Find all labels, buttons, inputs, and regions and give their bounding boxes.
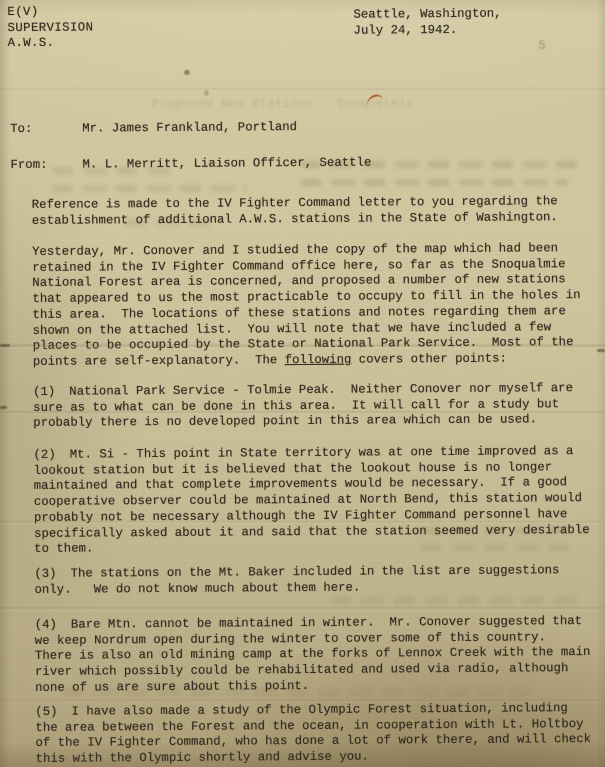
from-row: From:M. L. Merritt, Liaison Officer, Sea… xyxy=(10,156,371,174)
ink-speck xyxy=(204,90,209,96)
from-value: M. L. Merritt, Liaison Officer, Seattle xyxy=(82,156,371,172)
item-text: The stations on the Mt. Baker included i… xyxy=(34,563,567,596)
classification-block: E(V) SUPERVISION A.W.S. xyxy=(7,4,93,51)
to-value: Mr. James Frankland, Portland xyxy=(82,120,297,135)
item-number: (5) xyxy=(35,705,57,719)
numbered-item-1: (1)National Park Service - Tolmie Peak. … xyxy=(33,381,591,432)
numbered-item-4: (4)Bare Mtn. cannot be maintained in win… xyxy=(35,614,594,696)
place-date-block: Seattle, Washington, July 24, 1942. xyxy=(353,6,501,39)
paragraph-text: Reference is made to the IV Fighter Comm… xyxy=(32,194,565,227)
edge-crease-mark xyxy=(0,344,10,347)
to-row: To:Mr. James Frankland, Portland xyxy=(10,120,297,138)
item-text: Bare Mtn. cannot be maintained in winter… xyxy=(35,614,598,695)
item-number: (1) xyxy=(33,385,55,399)
edge-crease-mark xyxy=(0,406,7,409)
item-number: (3) xyxy=(34,567,56,581)
classification-line: A.W.S. xyxy=(8,35,94,51)
item-text: National Park Service - Tolmie Peak. Nei… xyxy=(33,381,580,430)
letter-scan-page: Proposed New Stations - Snoqualmie E(V) … xyxy=(0,0,605,767)
letter-content: E(V) SUPERVISION A.W.S. Seattle, Washing… xyxy=(0,0,605,767)
letter-paragraph-reference: Reference is made to the IV Fighter Comm… xyxy=(32,194,590,229)
item-number: (4) xyxy=(35,618,57,632)
date-line: July 24, 1942. xyxy=(353,22,501,39)
numbered-item-3: (3)The stations on the Mt. Baker include… xyxy=(34,563,592,598)
item-number: (2) xyxy=(33,448,55,462)
paragraph-text: covers other points: xyxy=(351,351,507,366)
ink-speck xyxy=(184,70,190,75)
numbered-item-2: (2)Mt. Si - This point in State territor… xyxy=(33,444,592,558)
paragraph-text: Yesterday, Mr. Conover and I studied the… xyxy=(32,241,588,369)
classification-line: E(V) xyxy=(7,4,93,20)
letter-paragraph-map-study: Yesterday, Mr. Conover and I studied the… xyxy=(32,241,591,371)
to-label: To: xyxy=(10,122,82,138)
edge-crease-mark xyxy=(597,349,605,352)
underlined-word: following xyxy=(285,353,352,367)
classification-line: SUPERVISION xyxy=(7,20,93,36)
from-label: From: xyxy=(10,158,82,174)
item-text: Mt. Si - This point in State territory w… xyxy=(34,444,598,556)
place-line: Seattle, Washington, xyxy=(353,6,501,23)
item-text: I have also made a study of the Olympic … xyxy=(35,701,598,766)
numbered-item-5: (5)I have also made a study of the Olymp… xyxy=(35,701,593,767)
